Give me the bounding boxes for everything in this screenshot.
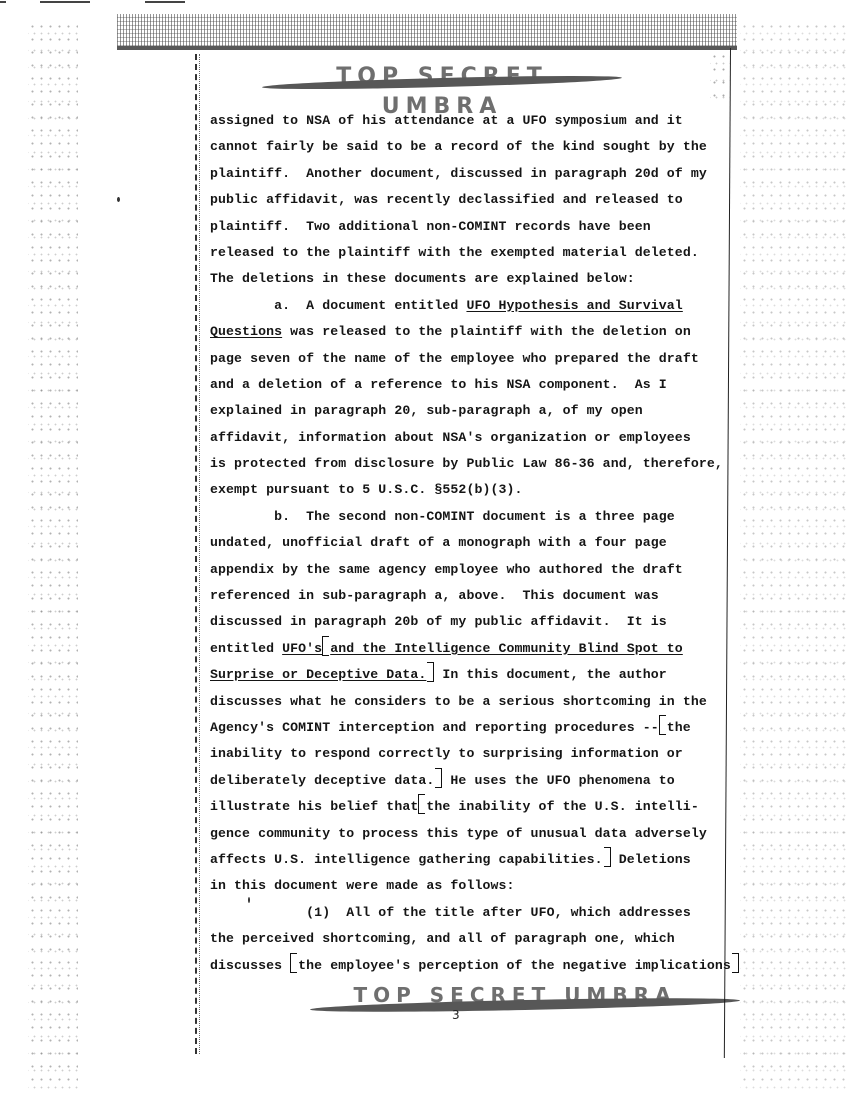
text-run: affects U.S. intelligence gathering capa… [210,852,603,867]
text-line: b. The second non-COMINT document is a t… [210,504,725,530]
text-line: inability to respond correctly to surpri… [210,741,725,767]
text-line: affidavit, information about NSA's organ… [210,425,725,451]
text-line: The deletions in these documents are exp… [210,266,725,292]
underlined-title-text: Surprise or Deceptive Data. [210,667,426,682]
text-run: the [667,720,691,735]
scan-margin-noise-left [28,20,78,1090]
text-run: exempt pursuant to 5 U.S.C. §552(b)(3). [210,482,523,497]
scan-noise-patch [710,50,730,100]
text-line: Agency's COMINT interception and reporti… [210,715,725,741]
text-run: the employee's perception of the negativ… [298,958,731,973]
redaction-bracket-open [659,715,666,735]
text-line: illustrate his belief thatthe inability … [210,794,725,820]
text-run: referenced in sub-paragraph a, above. Th… [210,588,659,603]
redaction-bracket-close [732,953,739,973]
text-line: in this document were made as follows: [210,873,725,899]
text-run: He uses the UFO phenomena to [442,773,674,788]
text-run: a. A document entitled [210,298,466,313]
text-line: plaintiff. Two additional non-COMINT rec… [210,214,725,240]
text-run: plaintiff. Two additional non-COMINT rec… [210,219,651,234]
text-run: the inability of the U.S. intelli- [426,799,698,814]
text-line: plaintiff. Another document, discussed i… [210,161,725,187]
document-body-text: assigned to NSA of his attendance at a U… [210,108,725,979]
text-line: affects U.S. intelligence gathering capa… [210,847,725,873]
text-run: was released to the plaintiff with the d… [282,324,691,339]
text-line: discusses the employee's perception of t… [210,953,725,979]
text-run: b. The second non-COMINT document is a t… [210,509,675,524]
scan-speck [117,197,120,202]
classification-footer-struck: TOP SECRET UMBRA [330,982,700,1008]
text-run: entitled [210,641,282,656]
text-run: discusses [210,958,290,973]
text-run: deliberately deceptive data. [210,773,434,788]
text-line: Questions was released to the plaintiff … [210,319,725,345]
text-run: the perceived shortcoming, and all of pa… [210,931,675,946]
text-line: entitled UFO'sand the Intelligence Commu… [210,636,725,662]
text-run: public affidavit, was recently declassif… [210,192,683,207]
underlined-title-text: Questions [210,324,282,339]
text-line: cannot fairly be said to be a record of … [210,134,725,160]
text-run: inability to respond correctly to surpri… [210,746,683,761]
text-line: a. A document entitled UFO Hypothesis an… [210,293,725,319]
text-run: (1) All of the title after UFO, which ad… [210,905,691,920]
redaction-bracket-open [290,953,297,973]
text-run: appendix by the same agency employee who… [210,562,683,577]
text-line: appendix by the same agency employee who… [210,557,725,583]
text-run: plaintiff. Another document, discussed i… [210,166,707,181]
text-line: page seven of the name of the employee w… [210,346,725,372]
text-run: released to the plaintiff with the exemp… [210,245,699,260]
text-line: exempt pursuant to 5 U.S.C. §552(b)(3). [210,477,725,503]
text-run: and a deletion of a reference to his NSA… [210,377,667,392]
text-line: deliberately deceptive data. He uses the… [210,768,725,794]
text-line: discussed in paragraph 20b of my public … [210,609,725,635]
text-line: (1) All of the title after UFO, which ad… [210,900,725,926]
text-line: gence community to process this type of … [210,821,725,847]
text-run: Deletions [611,852,691,867]
text-run: is protected from disclosure by Public L… [210,456,723,471]
scan-speck [248,897,250,903]
scan-artifact [40,1,90,3]
scan-header-noise-bar [117,14,737,50]
text-run: In this document, the author [434,667,666,682]
left-margin-rule [195,54,197,1054]
text-line: the perceived shortcoming, and all of pa… [210,926,725,952]
text-run: The deletions in these documents are exp… [210,271,635,286]
text-line: undated, unofficial draft of a monograph… [210,530,725,556]
underlined-title-text: UFO Hypothesis and Survival [466,298,682,313]
text-run: assigned to NSA of his attendance at a U… [210,113,683,128]
text-run: illustrate his belief that [210,799,418,814]
scan-margin-noise-right [740,20,850,1090]
left-margin-rule-inner [199,54,200,1054]
scan-artifact [145,1,185,3]
text-run: discussed in paragraph 20b of my public … [210,614,667,629]
scanned-document-page: TOP SECRET UMBRA assigned to NSA of his … [0,0,850,1097]
underlined-title-text: and the Intelligence Community Blind Spo… [330,641,683,656]
redaction-bracket-close [604,847,611,867]
text-line: assigned to NSA of his attendance at a U… [210,108,725,134]
text-run: page seven of the name of the employee w… [210,351,699,366]
text-run: undated, unofficial draft of a monograph… [210,535,667,550]
text-run: discusses what he considers to be a seri… [210,694,707,709]
text-line: and a deletion of a reference to his NSA… [210,372,725,398]
text-line: discusses what he considers to be a seri… [210,689,725,715]
scan-artifact [0,1,6,3]
text-run: explained in paragraph 20, sub-paragraph… [210,403,643,418]
text-line: released to the plaintiff with the exemp… [210,240,725,266]
redaction-bracket-open [322,636,329,656]
text-line: is protected from disclosure by Public L… [210,451,725,477]
page-number: 3 [452,1008,460,1022]
text-run: in this document were made as follows: [210,878,515,893]
text-line: referenced in sub-paragraph a, above. Th… [210,583,725,609]
text-line: public affidavit, was recently declassif… [210,187,725,213]
text-run: Agency's COMINT interception and reporti… [210,720,659,735]
text-run: cannot fairly be said to be a record of … [210,139,707,154]
underlined-title-text: UFO's [282,641,322,656]
text-line: explained in paragraph 20, sub-paragraph… [210,398,725,424]
redaction-bracket-open [418,794,425,814]
text-run: affidavit, information about NSA's organ… [210,430,691,445]
text-line: Surprise or Deceptive Data. In this docu… [210,662,725,688]
text-run: gence community to process this type of … [210,826,707,841]
